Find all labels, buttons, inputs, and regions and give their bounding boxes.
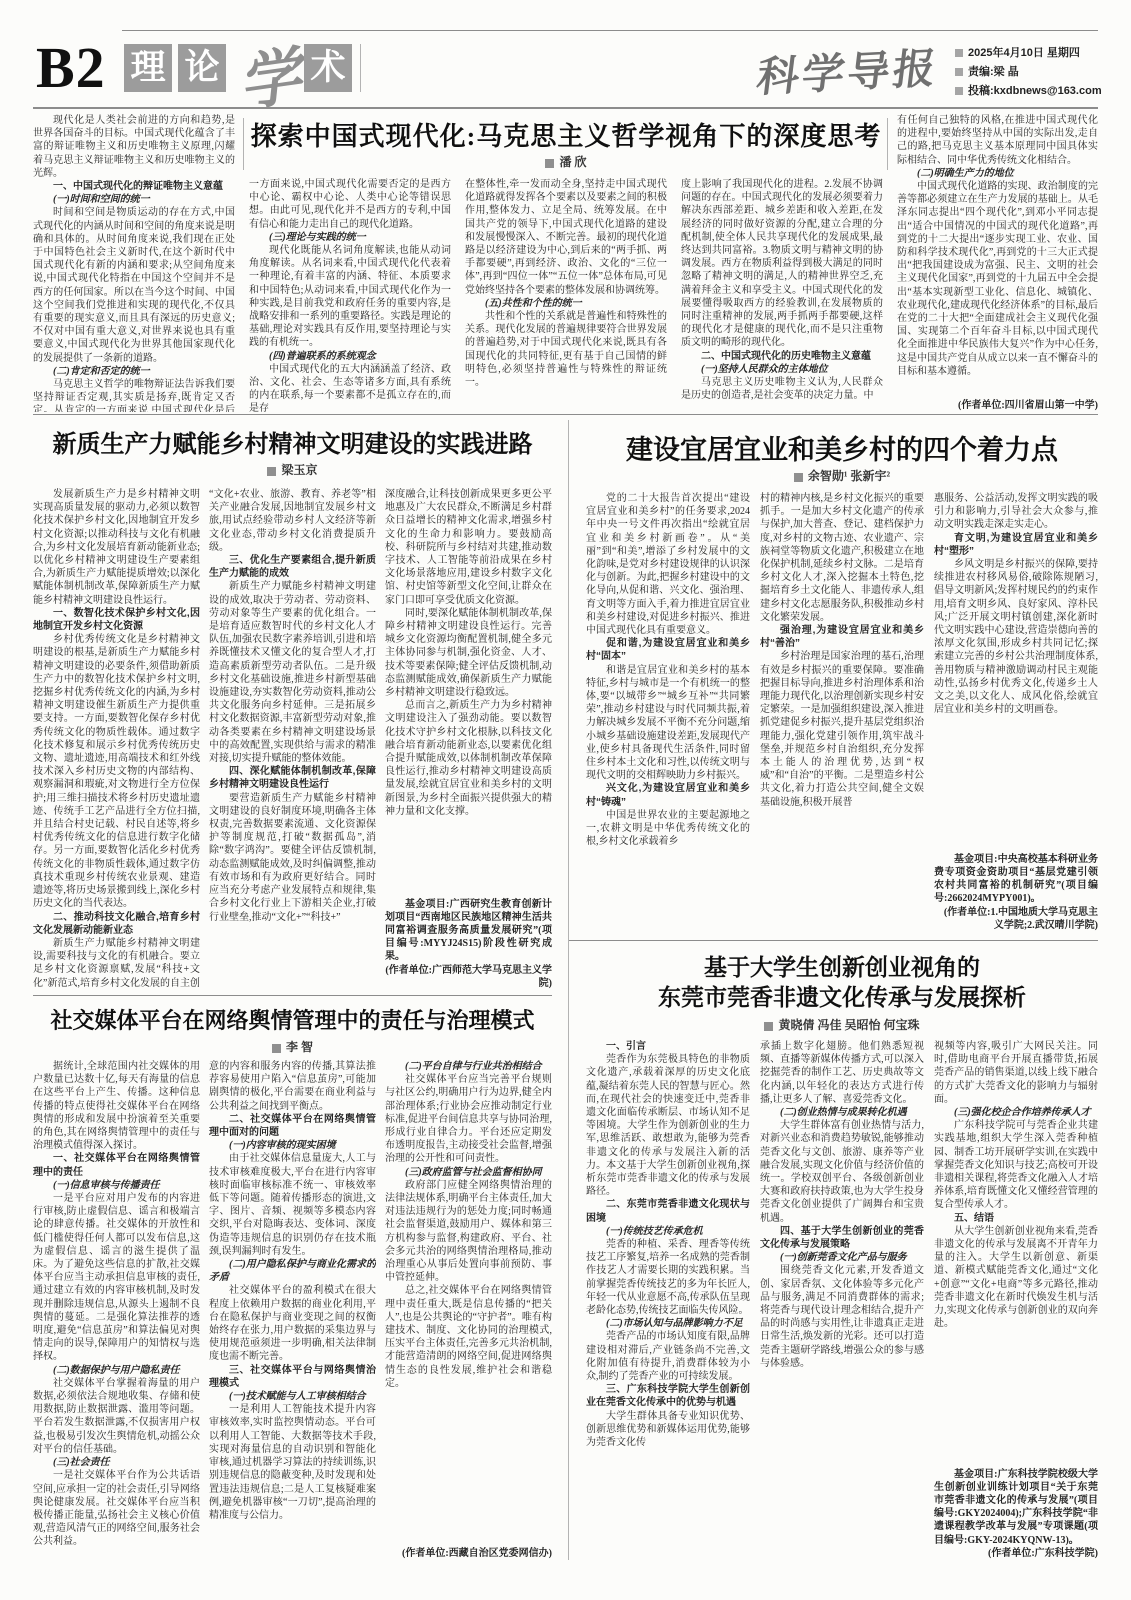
bullet-square-icon: [955, 87, 963, 95]
byline-marker-icon: [267, 467, 276, 476]
paragraph: 围绕莞香文化元素,开发香道文创、家居香氛、文化体验等多元化产品与服务,满足不同消…: [760, 1264, 924, 1370]
paragraph: 一是平台应对用户发布的内容进行审核,防止虚假信息、谣言和极端言论的肆意传播。社交…: [33, 1192, 200, 1364]
headline-rule: [887, 118, 888, 170]
paragraph: 现代化是人类社会前进的方向和趋势,是世界各国奋斗的目标。中国式现代化蕴含了丰富的…: [33, 114, 235, 180]
headline-rule: [243, 118, 244, 170]
subheading: 强治理,为建设宜居宜业和美乡村“善治”: [760, 624, 924, 650]
paragraph: 一是利用人工智能技术提升内容审核效率,实时监控舆情动态。平台可以利用人工智能、大…: [209, 1403, 376, 1522]
paragraph: 要营造新质生产力赋能乡村精神文明建设的良好制度环境,明确各主体权责,完善数据要素…: [209, 792, 376, 924]
paragraph: 莞香产品的市场认知度有限,品牌建设相对滞后,产业链条尚不完善,文化附加值有待提升…: [586, 1330, 750, 1383]
paragraph: 中国式现代化的五大内涵涵盖了经济、政治、文化、社会、生态等诸多方面,具有系统的内…: [249, 363, 451, 412]
section-divider-right: [569, 940, 1098, 941]
subheading: 三、优化生产要素组合,提升新质生产力赋能的成效: [209, 554, 376, 580]
fund-note: 基金项目:广西研究生教育创新计划项目“西南地区民族地区精神生活共同富裕调查服务高…: [385, 898, 552, 964]
byline: 黄晓倩 冯佳 吴昭怡 何宝珠: [586, 1016, 1098, 1033]
byline-marker-icon: [545, 159, 554, 168]
article-column: 有任何自己独特的风格,在推进中国式现代化的进程中,要始终坚持从中国的实际出发,走…: [897, 114, 1098, 412]
pub-submit-email: 投稿:kxdbnews@163.com: [968, 85, 1102, 97]
paragraph: 现代化既能从名词角度解读,也能从动词角度解读。从名词来看,中国式现代化代表着一种…: [249, 244, 451, 350]
paragraph: 乡村优秀传统文化是乡村精神文明建设的根基,是新质生产力赋能乡村精神文明建设的必要…: [33, 633, 200, 910]
paragraph: 社交媒体平台的盈利模式在很大程度上依赖用户数据的商业化利用,平台在隐私保护与商业…: [209, 1284, 376, 1363]
paragraph: 度上影响了我国现代化的进程。2.发展不协调问题的存在。中国式现代化的发展必须要着…: [681, 178, 883, 350]
article-column: 党的二十大报告首次提出“建设宜居宜业和美乡村”的任务要求,2024年中央一号文件…: [586, 492, 750, 932]
section-divider-left: [33, 995, 552, 996]
article-column: 发展新质生产力是乡村精神文明实现高质量发展的驱动力,必须以数智化技术保护乡村文化…: [33, 488, 200, 990]
subheading: (三)社会责任: [33, 1456, 200, 1469]
paragraph: 社交媒体平台应当完善平台规则与社区公约,明确用户行为边界,健全内部治理体系;行业…: [385, 1073, 552, 1165]
fund-note: 基金项目:中央高校基本科研业务费专项资金资助项目“基层党建引领农村共同富裕的机制…: [934, 853, 1098, 906]
article-column: (二)平台自律与行业共治相结合社交媒体平台应当完善平台规则与社区公约,明确用户行…: [385, 1060, 552, 1560]
paragraph: 党的二十大报告首次提出“建设宜居宜业和美乡村”的任务要求,2024年中央一号文件…: [586, 492, 750, 637]
paragraph: 有任何自己独特的风格,在推进中国式现代化的进程中,要始终坚持从中国的实际出发,走…: [897, 114, 1098, 167]
subheading: (二)创业热情与成果转化机遇: [760, 1106, 924, 1119]
subheading: (三)理论与实践的统一: [249, 231, 451, 244]
paragraph: 承插上数字化翅膀。他们熟悉短视频、直播等新媒体传播方式,可以深入挖掘莞香的制作工…: [760, 1040, 924, 1106]
byline: 潘 欣: [249, 153, 883, 170]
subheading: (一)内容审核的现实困境: [209, 1139, 376, 1152]
section-title-rule: [360, 44, 361, 92]
masthead-logo: 科学导报: [754, 35, 943, 104]
paragraph: 政府部门应健全网络舆情治理的法律法规体系,明确平台主体责任,加大对违法违规行为的…: [385, 1179, 552, 1285]
article-title: 社交媒体平台在网络舆情管理中的责任与治理模式: [33, 1004, 552, 1035]
subheading: (二)平台自律与行业共治相结合: [385, 1060, 552, 1073]
paragraph: “文化+农业、旅游、教育、养老等”相关产业融合发展,因地制宜发展乡村文旅,用试点…: [209, 488, 376, 554]
author-affiliation: (作者单位:四川省眉山第一中学): [897, 399, 1098, 412]
subheading: 育文明,为建设宜居宜业和美乡村“塑形”: [934, 532, 1098, 558]
paragraph: 莞香的种植、采香、理香等传统技艺工序繁复,培养一名成熟的莞香制作技艺人才需要长期…: [586, 1238, 750, 1317]
header-bottom-rule: [33, 107, 1098, 109]
center-column-rule: [568, 420, 569, 1560]
subheading: (一)传统技艺传承危机: [586, 1225, 750, 1238]
subheading: (二)明确生产力的地位: [897, 167, 1098, 180]
article-endnotes: 基金项目:广西研究生教育创新计划项目“西南地区民族地区精神生活共同富裕调查服务高…: [385, 897, 552, 990]
subheading: (三)强化校企合作培养传承人才: [934, 1106, 1098, 1119]
bullet-square-icon: [955, 49, 963, 57]
paragraph: 新质生产力赋能乡村精神文明建设,需要科技与文化的有机融合。要立足乡村文化资源禀赋…: [33, 937, 200, 990]
subheading: (一)时间和空间的统一: [33, 193, 235, 206]
article-column: 一、引言莞香作为东莞极具特色的非物质文化遗产,承载着深厚的历史文化底蕴,凝结着东…: [586, 1040, 750, 1560]
paragraph: 乡风文明是乡村振兴的保障,要持续推进农村移风易俗,破除陈规陋习,倡导文明新风;发…: [934, 558, 1098, 716]
newspaper-page: B2 理 论 学 术 科学导报 2025年4月10日 星期四 责编:梁 晶 投稿…: [0, 0, 1131, 1600]
paragraph: 中国式现代化道路的实现、政治制度的完善等都必须建立在生产力发展的基础上。从毛泽东…: [897, 180, 1098, 378]
pub-editor: 责编:梁 晶: [968, 66, 1019, 78]
paragraph: 视频等内容,吸引广大网民关注。同时,借助电商平台开展直播带货,拓展莞香产品的销售…: [934, 1040, 1098, 1106]
byline-author: 李 智: [286, 1040, 313, 1054]
author-affiliation: (作者单位:广西师范大学马克思主义学院): [385, 964, 552, 990]
subheading: 二、推动科技文化融合,培育乡村文化发展新动能新业态: [33, 911, 200, 937]
article-column: 意的内容和服务内容的传播,其算法推荐容易使用户陷入“信息茧房”,可能加剧舆情的极…: [209, 1060, 376, 1560]
paragraph: 惠服务、公益活动,发挥文明实践的吸引力和影响力,引导社会大众参与,推动文明实践走…: [934, 492, 1098, 532]
paragraph: 一方面来说,中国式现代化需要否定的是西方中心论、霸权中心论、人类中心论等错误思想…: [249, 178, 451, 231]
bullet-square-icon: [955, 68, 963, 76]
article-column: 在整体性,牵一发而动全身,坚持走中国式现代化道路就得发挥各个要素以及要素之间的积…: [465, 178, 667, 412]
paragraph: 深度融合,让科技创新成果更多更公平地惠及广大农民群众,不断满足乡村群众日益增长的…: [385, 488, 552, 607]
byline-author: 梁玉京: [281, 463, 317, 477]
article-column: 承插上数字化翅膀。他们熟悉短视频、直播等新媒体传播方式,可以深入挖掘莞香的制作工…: [760, 1040, 924, 1560]
paragraph: 广东科技学院可与莞香企业共建实践基地,组织大学生深入莞香种植园、制香工坊开展研学…: [934, 1119, 1098, 1211]
subheading: (一)创新莞香文化产品与服务: [760, 1251, 924, 1264]
article-endnotes: 基金项目:广东科技学院校级大学生创新创业训练计划项目“关于东莞市莞香非遗文化的传…: [934, 1467, 1098, 1560]
subheading: 四、深化赋能体制机制改革,保障乡村精神文明建设良性运行: [209, 765, 376, 791]
subheading: 二、中国式现代化的历史唯物主义意蕴: [681, 350, 883, 363]
byline-author: 余智勋¹ 张新宇²: [808, 469, 890, 483]
subheading: 一、数智化技术保护乡村文化,因地制宜开发乡村文化资源: [33, 607, 200, 633]
subheading: (五)共性和个性的统一: [465, 297, 667, 310]
subheading: 促和谐,为建设宜居宜业和美乡村“固本”: [586, 637, 750, 663]
paragraph: 马克思主义历史唯物主义认为,人民群众是历史的创造者,是社会变革的决定力量。中: [681, 376, 883, 402]
article-title: 建设宜居宜业和美乡村的四个着力点: [586, 428, 1098, 467]
paragraph: 村的精神内核,是乡村文化振兴的重要抓手。一是加大乡村文化遗产的传承与保护,加大普…: [760, 492, 924, 624]
article-column: “文化+农业、旅游、教育、养老等”相关产业融合发展,因地制宜发展乡村文旅,用试点…: [209, 488, 376, 990]
article-column: 现代化是人类社会前进的方向和趋势,是世界各国奋斗的目标。中国式现代化蕴含了丰富的…: [33, 114, 235, 412]
subheading: 四、基于大学生创新创业的莞香文化传承与发展策略: [760, 1225, 924, 1251]
paragraph: 社交媒体平台掌握着海量的用户数据,必须依法合规地收集、存储和使用数据,防止数据泄…: [33, 1377, 200, 1456]
subheading: (二)用户隐私保护与商业化需求的矛盾: [209, 1258, 376, 1284]
paragraph: 乡村治理是国家治理的基石,治理有效是乡村振兴的重要保障。要准确把握目标导向,推进…: [760, 650, 924, 808]
subheading: (四)普遍联系的系统观念: [249, 350, 451, 363]
article-endnotes: 基金项目:中央高校基本科研业务费专项资金资助项目“基层党建引领农村共同富裕的机制…: [934, 852, 1098, 932]
article-column: 一方面来说,中国式现代化需要否定的是西方中心论、霸权中心论、人类中心论等错误思想…: [249, 178, 451, 412]
paragraph: 意的内容和服务内容的传播,其算法推荐容易使用户陷入“信息茧房”,可能加剧舆情的极…: [209, 1060, 376, 1113]
subheading: 二、社交媒体平台在网络舆情管理中面对的问题: [209, 1113, 376, 1139]
article-column: 村的精神内核,是乡村文化振兴的重要抓手。一是加大乡村文化遗产的传承与保护,加大普…: [760, 492, 924, 932]
byline-marker-icon: [272, 1044, 281, 1053]
section-char-box: 论: [178, 44, 226, 92]
pub-date: 2025年4月10日 星期四: [968, 47, 1080, 59]
byline-marker-icon: [794, 473, 803, 482]
article-column: 深度融合,让科技创新成果更多更公平地惠及广大农民群众,不断满足乡村群众日益增长的…: [385, 488, 552, 990]
byline-marker-icon: [764, 1022, 773, 1031]
article-title: 基于大学生创新创业视角的 东莞市莞香非遗文化传承与发展探析: [586, 952, 1098, 1012]
paragraph: 新质生产力赋能乡村精神文明建设的成效,取决于劳动者、劳动资料、劳动对象等生产要素…: [209, 580, 376, 765]
subheading: (二)肯定和否定的统一: [33, 365, 235, 378]
byline-author: 黄晓倩 冯佳 吴昭怡 何宝珠: [778, 1018, 919, 1032]
subheading: (一)技术赋能与人工审核相结合: [209, 1390, 376, 1403]
paragraph: 一是社交媒体平台作为公共话语空间,应承担一定的社会责任,引导网络舆论健康发展。社…: [33, 1469, 200, 1548]
paragraph: 时间和空间是物质运动的存在方式,中国式现代化的内涵从时间和空间的角度来说是明确和…: [33, 206, 235, 364]
subheading: 五、结语: [934, 1212, 1098, 1225]
paragraph: 大学生群体富有创业热情与活力,对新兴业态和消费趋势敏锐,能够推动莞香文化与文创、…: [760, 1119, 924, 1225]
paragraph: 总之,社交媒体平台在网络舆情管理中责任重大,既是信息传播的“把关人”,也是公共舆…: [385, 1284, 552, 1390]
section-divider: [33, 414, 1098, 415]
paragraph: 同时,要深化赋能体制机制改革,保障乡村精神文明建设良性运行。完善城乡文化资源均衡…: [385, 607, 552, 699]
subheading: (一)坚持人民群众的主体地位: [681, 363, 883, 376]
subheading: (三)政府监管与社会监督相协同: [385, 1166, 552, 1179]
subheading: 三、广东科技学院大学生创新创业在莞香文化传承中的优势与机遇: [586, 1383, 750, 1409]
subheading: (二)数据保护与用户隐私责任: [33, 1364, 200, 1377]
author-affiliation: (作者单位:广东科技学院): [934, 1547, 1098, 1560]
subheading: (二)市场认知与品牌影响力不足: [586, 1317, 750, 1330]
paragraph: 从大学生创新创业视角来看,莞香非遗文化的传承与发展离不开青年力量的注入。大学生以…: [934, 1225, 1098, 1331]
article-title: 新质生产力赋能乡村精神文明建设的实践进路: [33, 424, 552, 459]
subheading: 一、中国式现代化的辩证唯物主义意蕴: [33, 180, 235, 193]
subheading: 兴文化,为建设宜居宜业和美乡村“铸魂”: [586, 782, 750, 808]
author-affiliation: (作者单位:西藏自治区党委网信办): [385, 1547, 552, 1560]
byline-author: 潘 欣: [559, 155, 586, 169]
byline: 余智勋¹ 张新宇²: [586, 467, 1098, 484]
article-column: 度上影响了我国现代化的进程。2.发展不协调问题的存在。中国式现代化的发展必须要着…: [681, 178, 883, 412]
paragraph: 发展新质生产力是乡村精神文明实现高质量发展的驱动力,必须以数智化技术保护乡村文化…: [33, 488, 200, 607]
publication-info: 2025年4月10日 星期四 责编:梁 晶 投稿:kxdbnews@163.co…: [955, 44, 1115, 101]
paragraph: 和谐是宜居宜业和美乡村的基本特征,乡村与城市是一个有机统一的整体,要“以城带乡”…: [586, 664, 750, 783]
subheading: 一、引言: [586, 1040, 750, 1053]
paragraph: 共性和个性的关系就是普遍性和特殊性的关系。现代化发展的普遍规律要符合世界发展的普…: [465, 310, 667, 389]
article-column: 惠服务、公益活动,发挥文明实践的吸引力和影响力,引导社会大众参与,推动文明实践走…: [934, 492, 1098, 932]
paragraph: 在整体性,牵一发而动全身,坚持走中国式现代化道路就得发挥各个要素以及要素之间的积…: [465, 178, 667, 297]
fund-note: 基金项目:广东科技学院校级大学生创新创业训练计划项目“关于东莞市莞香非遗文化的传…: [934, 1468, 1098, 1547]
article-endnotes: (作者单位:西藏自治区党委网信办): [385, 1546, 552, 1560]
section-char-box: 术: [304, 44, 352, 92]
paragraph: 莞香作为东莞极具特色的非物质文化遗产,承载着深厚的历史文化底蕴,凝结着东莞人民的…: [586, 1053, 750, 1198]
author-affiliation: (作者单位:1.中国地质大学马克思主义学院;2.武汉晴川学院): [934, 906, 1098, 932]
article-title: 探索中国式现代化:马克思主义哲学视角下的深度思考: [249, 116, 883, 153]
page-number: B2: [36, 34, 106, 101]
paragraph: 中国是世界农业的主要起源地之一,农耕文明是中华优秀传统文化的根,乡村文化承载着乡: [586, 809, 750, 849]
subheading: 一、社交媒体平台在网络舆情管理中的责任: [33, 1152, 200, 1178]
article-endnotes: (作者单位:四川省眉山第一中学): [897, 398, 1098, 412]
paragraph: 据统计,全球范围内社交媒体的用户数量已达数十亿,每天有海量的信息在这些平台上产生…: [33, 1060, 200, 1152]
byline: 梁玉京: [33, 461, 552, 478]
subheading: 三、社交媒体平台与网络舆情治理模式: [209, 1364, 376, 1390]
article-column: 据统计,全球范围内社交媒体的用户数量已达数十亿,每天有海量的信息在这些平台上产生…: [33, 1060, 200, 1560]
subheading: 二、东莞市莞香非遗文化现状与困境: [586, 1198, 750, 1224]
section-char-box: 理: [124, 44, 172, 92]
paragraph: 大学生群体具备专业知识优势、创新思维优势和新媒体运用优势,能够为莞香文化传: [586, 1410, 750, 1450]
byline: 李 智: [33, 1038, 552, 1055]
paragraph: 总而言之,新质生产力为乡村精神文明建设注入了强劲动能。要以数智化技术守护乡村文化…: [385, 699, 552, 818]
subheading: (一)信息审核与传播责任: [33, 1179, 200, 1192]
paragraph: 马克思主义哲学的唯物辩证法告诉我们要坚持辩证否定观,其实质是扬弃,既肯定又否定。…: [33, 378, 235, 412]
article-column: 视频等内容,吸引广大网民关注。同时,借助电商平台开展直播带货,拓展莞香产品的销售…: [934, 1040, 1098, 1560]
paragraph: 由于社交媒体信息量庞大,人工与技术审核难度极大,平台在进行内容审核时面临审核标准…: [209, 1152, 376, 1258]
